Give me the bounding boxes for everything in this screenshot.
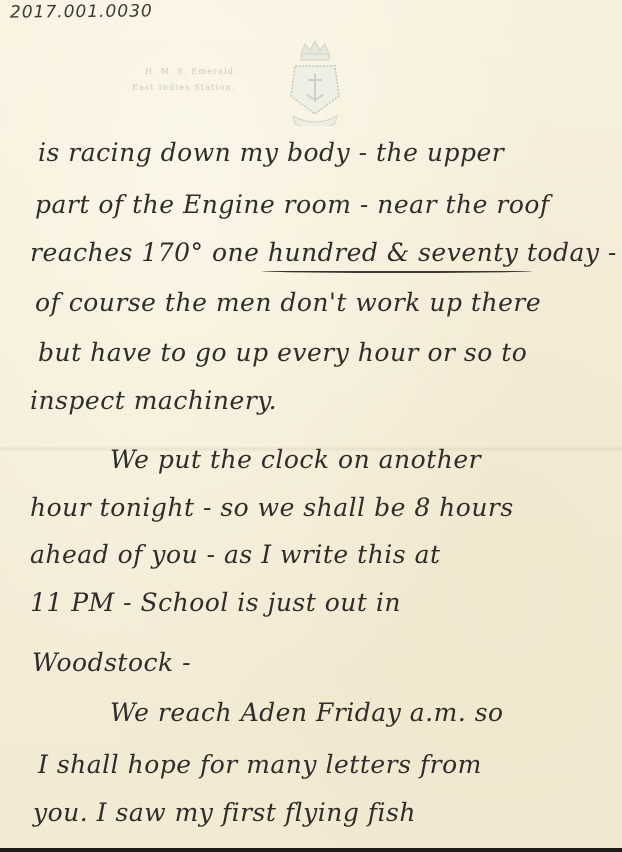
letter-line: 11 PM - School is just out in xyxy=(30,588,401,617)
letterhead-station: East Indies Station. xyxy=(90,80,238,96)
letter-line: I shall hope for many letters from xyxy=(38,750,482,779)
letter-line: hour tonight - so we shall be 8 hours xyxy=(30,493,514,522)
letter-line: of course the men don't work up there xyxy=(35,288,541,317)
letter-page: 2017.001.0030 H. M. S. Emerald. East Ind… xyxy=(0,0,622,848)
letter-line: We reach Aden Friday a.m. so xyxy=(110,698,504,727)
scan-bottom-edge xyxy=(0,848,622,852)
accession-number: 2017.001.0030 xyxy=(10,1,153,22)
letter-line: part of the Engine room - near the roof xyxy=(35,190,550,219)
underline-mark xyxy=(262,269,532,273)
naval-crest-icon xyxy=(285,36,345,126)
letter-line: Woodstock - xyxy=(32,648,191,677)
letter-line: you. I saw my first flying fish xyxy=(33,798,416,827)
letter-line: ahead of you - as I write this at xyxy=(30,540,441,569)
letter-line: is racing down my body - the upper xyxy=(38,138,504,167)
letter-line: inspect machinery. xyxy=(30,386,277,415)
letter-line: but have to go up every hour or so to xyxy=(38,338,527,367)
letter-line: We put the clock on another xyxy=(110,445,481,474)
letter-line: reaches 170° one hundred & seventy today… xyxy=(30,238,617,267)
letterhead-ship-name: H. M. S. Emerald. xyxy=(90,64,238,80)
letterhead: H. M. S. Emerald. East Indies Station. xyxy=(90,64,238,96)
